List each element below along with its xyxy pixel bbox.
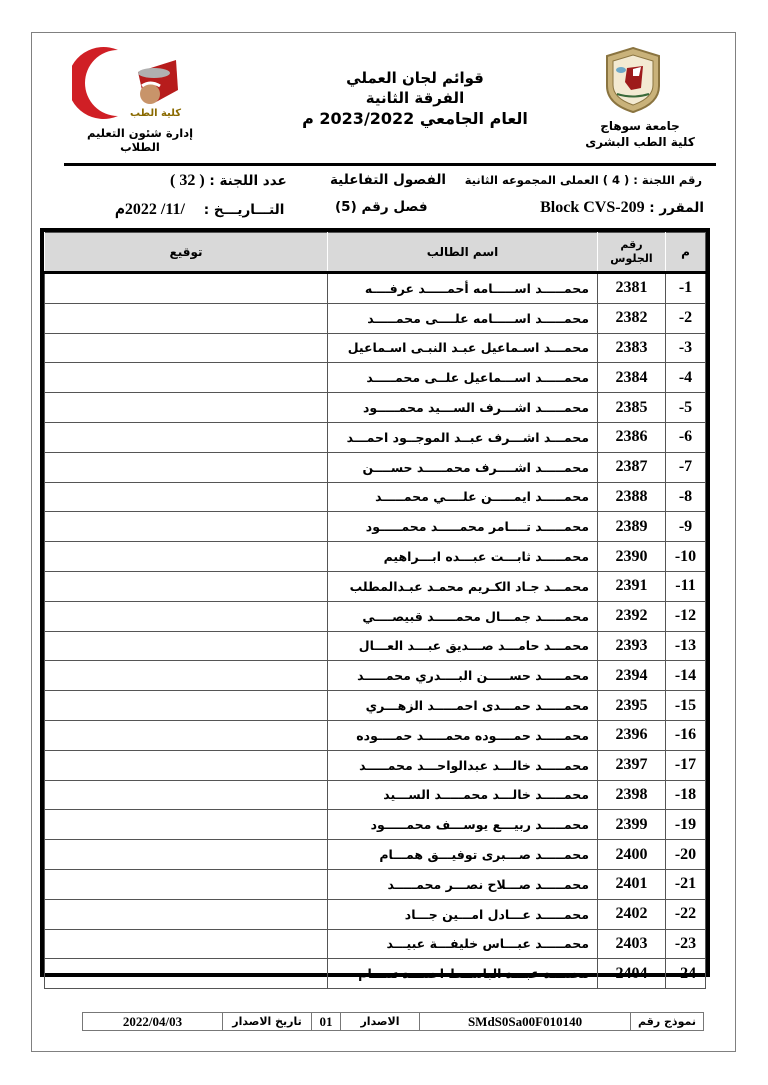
student-name: محمـــــد جمـــال محمـــــد قبيصــــي xyxy=(328,601,598,631)
student-name: محمـــــد حســـــن البــــدري محمـــــد xyxy=(328,661,598,691)
table-row: -72387محمـــــد اشــــرف محمـــــد حســـ… xyxy=(45,452,706,482)
university-name-block: جامعة سوهاج كلية الطب البشرى xyxy=(585,118,695,150)
title-line-1: قوائم لجان العملي xyxy=(290,68,540,89)
student-name: محمـــد حامـــد صـــديق عبـــد العـــال xyxy=(328,631,598,661)
row-index: -18 xyxy=(666,780,706,810)
seat-number: 2403 xyxy=(598,929,666,959)
seat-number: 2388 xyxy=(598,482,666,512)
signature-cell[interactable] xyxy=(45,959,328,989)
signature-cell[interactable] xyxy=(45,303,328,333)
student-name: محمـــــد حمـــدى احمـــــد الزهـــري xyxy=(328,691,598,721)
seat-number: 2395 xyxy=(598,691,666,721)
signature-cell[interactable] xyxy=(45,691,328,721)
signature-cell[interactable] xyxy=(45,482,328,512)
row-index: -5 xyxy=(666,393,706,423)
signature-cell[interactable] xyxy=(45,422,328,452)
table-row: -42384محمـــــد اســـماعيل علــى محمــــ… xyxy=(45,363,706,393)
student-name: محمـــــد صـــلاح نصـــر محمـــــد xyxy=(328,869,598,899)
signature-cell[interactable] xyxy=(45,393,328,423)
svg-text:كلية الطب: كلية الطب xyxy=(130,108,181,119)
table-row: -182398محمـــــد خالـــد محمـــــد الســ… xyxy=(45,780,706,810)
row-index: -8 xyxy=(666,482,706,512)
table-header-row: م رقم الجلوس اسم الطالب توقيع xyxy=(45,233,706,273)
class-number: فصل رقم (5) xyxy=(335,199,428,215)
student-name: محمـــــد اشـــرف الســـيد محمـــــود xyxy=(328,393,598,423)
seat-number: 2383 xyxy=(598,333,666,363)
table-row: -32383محمـــد اسـماعيل عبـد النبـى اسـما… xyxy=(45,333,706,363)
signature-cell[interactable] xyxy=(45,601,328,631)
table-row: -82388محمـــــد ايمـــــن علــــي محمـــ… xyxy=(45,482,706,512)
student-list-table: م رقم الجلوس اسم الطالب توقيع -12381محمـ… xyxy=(40,228,710,977)
committee-number: رقم اللجنة : ( 4 ) العملى المجموعه الثان… xyxy=(465,173,702,187)
student-name: محمـــد جـاد الكـريم محمـد عبـدالمطلب xyxy=(328,571,598,601)
signature-cell[interactable] xyxy=(45,333,328,363)
column-header-signature: توقيع xyxy=(45,233,328,273)
table-row: -202400محمـــــد صـــبرى توفيـــق همـــا… xyxy=(45,840,706,870)
exam-date: التـــاريـــخ : /11/ 2022م xyxy=(115,199,284,219)
university-name: جامعة سوهاج xyxy=(585,118,695,134)
seat-number: 2387 xyxy=(598,452,666,482)
seat-number: 2400 xyxy=(598,840,666,870)
table-row: -12381محمـــــد اســـــامه أحمـــــد عرف… xyxy=(45,273,706,304)
title-line-2: الفرقة الثانية xyxy=(290,89,540,108)
signature-cell[interactable] xyxy=(45,869,328,899)
seat-number: 2398 xyxy=(598,780,666,810)
signature-cell[interactable] xyxy=(45,571,328,601)
table-row: -122392محمـــــد جمـــال محمـــــد قبيصـ… xyxy=(45,601,706,631)
column-header-index: م xyxy=(666,233,706,273)
student-name: محمـــد اشـــرف عبــد الموجــود احمـــد xyxy=(328,422,598,452)
seat-number: 2396 xyxy=(598,720,666,750)
seat-number: 2393 xyxy=(598,631,666,661)
form-number-label: نموذج رقم xyxy=(630,1013,703,1030)
seat-number: 2394 xyxy=(598,661,666,691)
signature-cell[interactable] xyxy=(45,363,328,393)
seat-number: 2390 xyxy=(598,542,666,572)
signature-cell[interactable] xyxy=(45,840,328,870)
column-header-name: اسم الطالب xyxy=(328,233,598,273)
student-name: محمـــــد حمــــوده محمـــــد حمــــوده xyxy=(328,720,598,750)
row-index: -1 xyxy=(666,273,706,304)
signature-cell[interactable] xyxy=(45,661,328,691)
table-row: -232403محمـــــد عبـــاس خليفـــة عبيـــ… xyxy=(45,929,706,959)
table-row: -222402محمـــــد عـــادل امـــين جـــاد xyxy=(45,899,706,929)
seat-number: 2391 xyxy=(598,571,666,601)
signature-cell[interactable] xyxy=(45,929,328,959)
row-index: -23 xyxy=(666,929,706,959)
form-footer: نموذج رقم SMdS0Sa00F010140 الاصدار 01 تا… xyxy=(82,1012,704,1031)
header-divider xyxy=(64,163,716,166)
count-value: ( 32 ) xyxy=(170,172,205,189)
student-name: محمـــــد ربيـــع يوســـف محمـــــود xyxy=(328,810,598,840)
signature-cell[interactable] xyxy=(45,631,328,661)
row-index: -19 xyxy=(666,810,706,840)
student-name: محمـــــد ايمـــــن علــــي محمـــــد xyxy=(328,482,598,512)
signature-cell[interactable] xyxy=(45,810,328,840)
table-row: -242404محمـــد عبـــد الباســط احمـــد ت… xyxy=(45,959,706,989)
version-label: الاصدار xyxy=(340,1013,419,1030)
faculty-medicine-logo: كلية الطب xyxy=(72,46,194,124)
row-index: -17 xyxy=(666,750,706,780)
table-row: -102390محمـــــد ثابـــت عبـــده ابـــرا… xyxy=(45,542,706,572)
seat-number: 2402 xyxy=(598,899,666,929)
seat-number: 2392 xyxy=(598,601,666,631)
table-row: -132393محمـــد حامـــد صـــديق عبـــد ال… xyxy=(45,631,706,661)
session-type: الفصول التفاعلية xyxy=(330,172,446,188)
university-crest-logo xyxy=(603,46,663,114)
column-header-seat: رقم الجلوس xyxy=(598,233,666,273)
signature-cell[interactable] xyxy=(45,780,328,810)
row-index: -24 xyxy=(666,959,706,989)
row-index: -14 xyxy=(666,661,706,691)
student-name: محمـــــد اســـــامه علــــى محمـــــد xyxy=(328,303,598,333)
row-index: -3 xyxy=(666,333,706,363)
signature-cell[interactable] xyxy=(45,452,328,482)
student-name: محمـــــد اشــــرف محمـــــد حســــن xyxy=(328,452,598,482)
student-name: محمـــــد تــــامر محمـــــد محمـــــود xyxy=(328,512,598,542)
table-row: -62386محمـــد اشـــرف عبــد الموجــود اح… xyxy=(45,422,706,452)
form-number-value: SMdS0Sa00F010140 xyxy=(419,1013,630,1030)
student-name: محمـــــد خالـــد محمـــــد الســـيد xyxy=(328,780,598,810)
date-label: التـــاريـــخ : xyxy=(204,202,285,218)
student-name: محمـــد عبـــد الباســط احمـــد تمـــام xyxy=(328,959,598,989)
seat-number: 2397 xyxy=(598,750,666,780)
signature-cell[interactable] xyxy=(45,542,328,572)
row-index: -6 xyxy=(666,422,706,452)
course: المقرر : Block CVS-209 xyxy=(540,199,704,217)
course-code: Block CVS-209 xyxy=(540,199,644,216)
student-name: محمـــــد ثابـــت عبـــده ابـــراهيم xyxy=(328,542,598,572)
student-name: محمـــــد عـــادل امـــين جـــاد xyxy=(328,899,598,929)
signature-cell[interactable] xyxy=(45,273,328,304)
table-row: -142394محمـــــد حســـــن البــــدري محم… xyxy=(45,661,706,691)
seat-number: 2381 xyxy=(598,273,666,304)
student-name: محمـــــد عبـــاس خليفـــة عبيـــد xyxy=(328,929,598,959)
seat-number: 2385 xyxy=(598,393,666,423)
row-index: -11 xyxy=(666,571,706,601)
document-title: قوائم لجان العملي الفرقة الثانية العام ا… xyxy=(290,68,540,130)
student-name: محمـــد اسـماعيل عبـد النبـى اسـماعيل xyxy=(328,333,598,363)
seat-number: 2389 xyxy=(598,512,666,542)
row-index: -13 xyxy=(666,631,706,661)
course-label: المقرر : xyxy=(649,200,704,216)
signature-cell[interactable] xyxy=(45,720,328,750)
faculty-name: كلية الطب البشرى xyxy=(585,134,695,150)
table-row: -22382محمـــــد اســـــامه علــــى محمــ… xyxy=(45,303,706,333)
table-row: -92389محمـــــد تــــامر محمـــــد محمــ… xyxy=(45,512,706,542)
row-index: -9 xyxy=(666,512,706,542)
row-index: -16 xyxy=(666,720,706,750)
department-name: إدارة شئون التعليم الطلاب xyxy=(75,126,205,154)
row-index: -7 xyxy=(666,452,706,482)
row-index: -21 xyxy=(666,869,706,899)
seat-number: 2401 xyxy=(598,869,666,899)
signature-cell[interactable] xyxy=(45,750,328,780)
row-index: -4 xyxy=(666,363,706,393)
issue-date-label: تاريخ الاصدار xyxy=(222,1013,311,1030)
committee-count: عدد اللجنة : ( 32 ) xyxy=(170,172,287,190)
student-name: محمـــــد اســـــامه أحمـــــد عرفــــه xyxy=(328,273,598,304)
seat-number: 2384 xyxy=(598,363,666,393)
seat-number: 2404 xyxy=(598,959,666,989)
student-name: محمـــــد صـــبرى توفيـــق همـــام xyxy=(328,840,598,870)
table-row: -212401محمـــــد صـــلاح نصـــر محمـــــ… xyxy=(45,869,706,899)
row-index: -15 xyxy=(666,691,706,721)
table-row: -172397محمـــــد خالـــد عبدالواحـــد مح… xyxy=(45,750,706,780)
seat-number: 2399 xyxy=(598,810,666,840)
student-name: محمـــــد خالـــد عبدالواحـــد محمـــــد xyxy=(328,750,598,780)
title-line-3: العام الجامعي 2023/2022 م xyxy=(290,108,540,130)
table-row: -162396محمـــــد حمــــوده محمـــــد حمـ… xyxy=(45,720,706,750)
version-value: 01 xyxy=(311,1013,340,1030)
student-name: محمـــــد اســـماعيل علــى محمـــــد xyxy=(328,363,598,393)
signature-cell[interactable] xyxy=(45,512,328,542)
table-row: -112391محمـــد جـاد الكـريم محمـد عبـدال… xyxy=(45,571,706,601)
row-index: -12 xyxy=(666,601,706,631)
row-index: -22 xyxy=(666,899,706,929)
row-index: -10 xyxy=(666,542,706,572)
issue-date-value: 2022/04/03 xyxy=(83,1013,222,1030)
row-index: -2 xyxy=(666,303,706,333)
signature-cell[interactable] xyxy=(45,899,328,929)
seat-number: 2386 xyxy=(598,422,666,452)
seat-number: 2382 xyxy=(598,303,666,333)
row-index: -20 xyxy=(666,840,706,870)
table-row: -192399محمـــــد ربيـــع يوســـف محمــــ… xyxy=(45,810,706,840)
table-row: -152395محمـــــد حمـــدى احمـــــد الزهـ… xyxy=(45,691,706,721)
count-label: عدد اللجنة : xyxy=(209,173,286,189)
date-value: /11/ 2022م xyxy=(115,201,185,218)
table-row: -52385محمـــــد اشـــرف الســـيد محمــــ… xyxy=(45,393,706,423)
